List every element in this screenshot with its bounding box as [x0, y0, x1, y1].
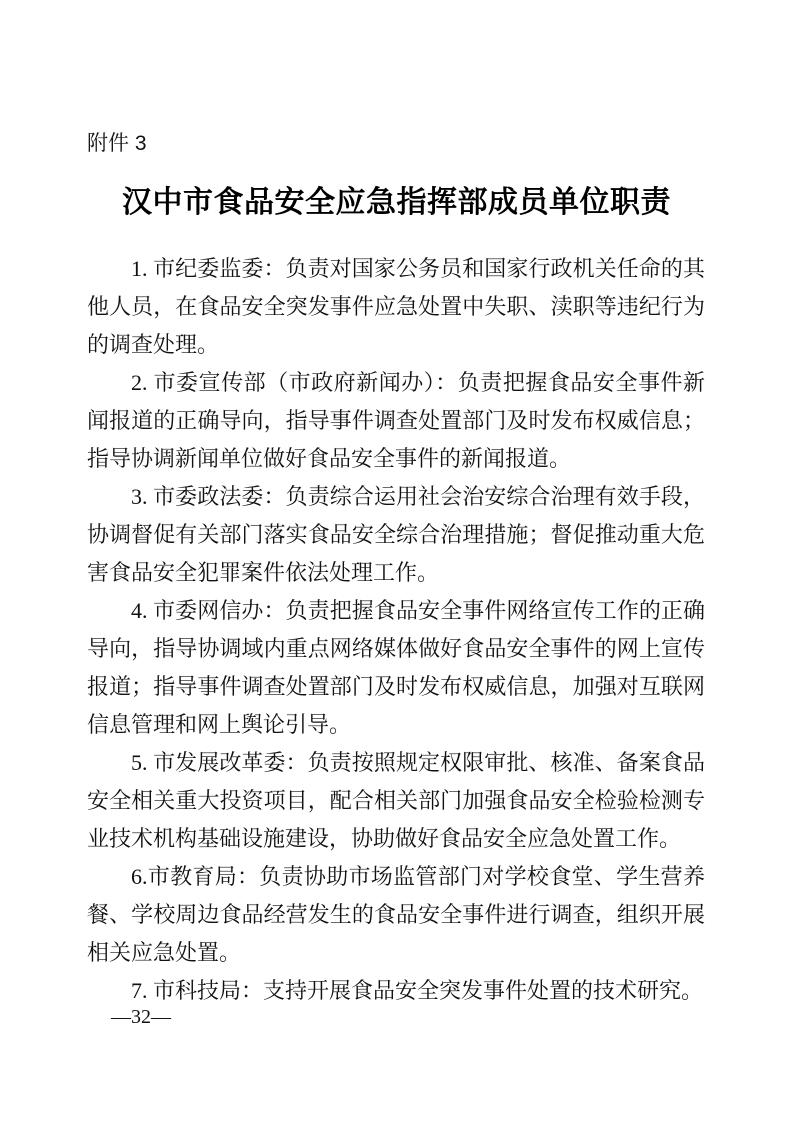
paragraph-4: 4. 市委网信办：负责把握食品安全事件网络宣传工作的正确导向，指导协调域内重点网… [87, 592, 705, 744]
paragraph-2: 2. 市委宣传部（市政府新闻办）：负责把握食品安全事件新闻报道的正确导向，指导事… [87, 364, 705, 478]
document-page: 附件 3 汉中市食品安全应急指挥部成员单位职责 1. 市纪委监委：负责对国家公务… [0, 0, 793, 1122]
page-number: —32— [111, 1003, 171, 1031]
paragraph-1: 1. 市纪委监委：负责对国家公务员和国家行政机关任命的其他人员，在食品安全突发事… [87, 250, 705, 364]
attachment-label: 附件 3 [87, 131, 147, 157]
document-title: 汉中市食品安全应急指挥部成员单位职责 [0, 183, 793, 223]
paragraph-6: 6.市教育局：负责协助市场监管部门对学校食堂、学生营养餐、学校周边食品经营发生的… [87, 858, 705, 972]
paragraph-5: 5. 市发展改革委：负责按照规定权限审批、核准、备案食品安全相关重大投资项目，配… [87, 744, 705, 858]
paragraph-3: 3. 市委政法委：负责综合运用社会治安综合治理有效手段，协调督促有关部门落实食品… [87, 478, 705, 592]
paragraph-7: 7. 市科技局：支持开展食品安全突发事件处置的技术研究。 [87, 972, 705, 1010]
document-body: 1. 市纪委监委：负责对国家公务员和国家行政机关任命的其他人员，在食品安全突发事… [87, 250, 705, 1010]
